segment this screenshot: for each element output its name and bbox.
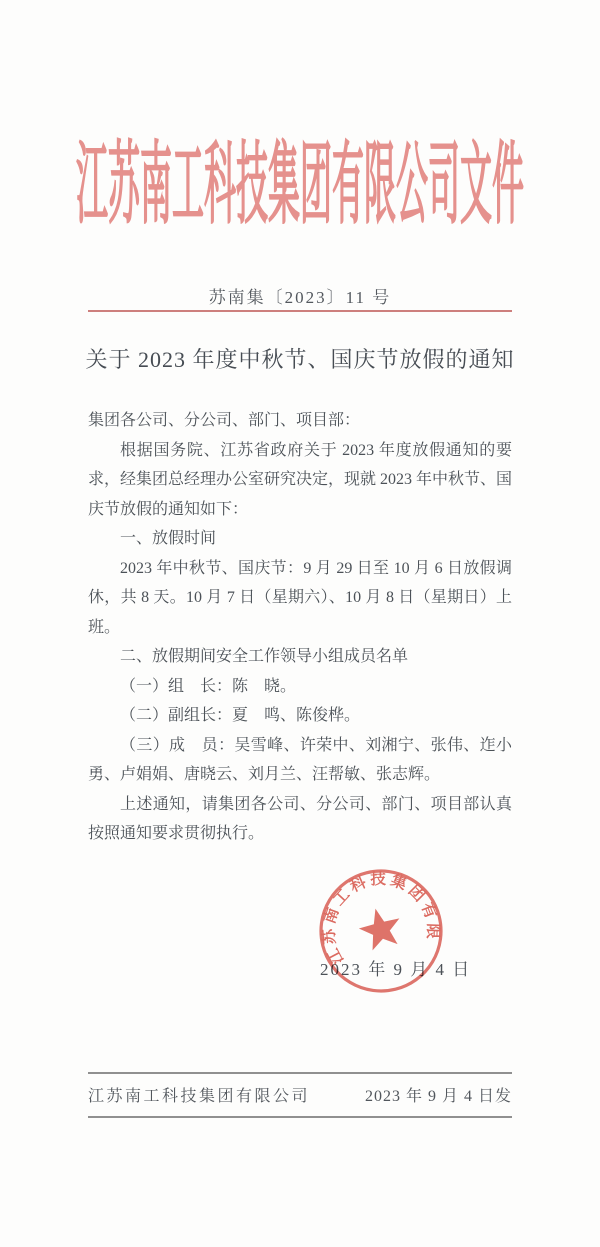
letterhead: 江苏南工科技集团有限公司文件 (0, 128, 600, 224)
letterhead-title: 江苏南工科技集团有限公司文件 (76, 112, 524, 241)
paragraph: 上述通知，请集团各公司、分公司、部门、项目部认真按照通知要求贯彻执行。 (88, 790, 512, 849)
footer-rule-bottom (88, 1116, 512, 1118)
red-rule (88, 310, 512, 312)
paragraph: 根据国务院、江苏省政府关于 2023 年度放假通知的要求，经集团总经理办公室研究… (88, 436, 512, 525)
list-item: （三）成 员：吴雪峰、许荣中、刘湘宁、张伟、迮小勇、卢娟娟、唐晓云、刘月兰、汪帮… (88, 731, 512, 790)
section-heading: 一、放假时间 (88, 524, 512, 554)
company-seal: 江苏南工科技集团有限公司 (302, 852, 460, 1010)
footer-issuer: 江苏南工科技集团有限公司 (88, 1083, 310, 1106)
section-heading: 二、放假期间安全工作领导小组成员名单 (88, 642, 512, 672)
footer-issue-date: 2023 年 9 月 4 日发 (365, 1083, 512, 1106)
list-item: （二）副组长：夏 鸣、陈俊桦。 (88, 701, 512, 731)
footer: 江苏南工科技集团有限公司 2023 年 9 月 4 日发 (88, 1083, 512, 1106)
document-page: 江苏南工科技集团有限公司文件 苏南集〔2023〕11 号 关于 2023 年度中… (0, 0, 600, 1247)
doc-title: 关于 2023 年度中秋节、国庆节放假的通知 (0, 343, 600, 374)
salutation: 集团各公司、分公司、部门、项目部： (88, 406, 512, 436)
footer-rule-top (88, 1072, 512, 1074)
doc-number: 苏南集〔2023〕11 号 (0, 283, 600, 308)
list-item: （一）组 长：陈 晓。 (88, 672, 512, 702)
body-text: 集团各公司、分公司、部门、项目部： 根据国务院、江苏省政府关于 2023 年度放… (88, 406, 512, 849)
star-icon (355, 904, 405, 953)
paragraph: 2023 年中秋节、国庆节：9 月 29 日至 10 月 6 日放假调休，共 8… (88, 554, 512, 643)
